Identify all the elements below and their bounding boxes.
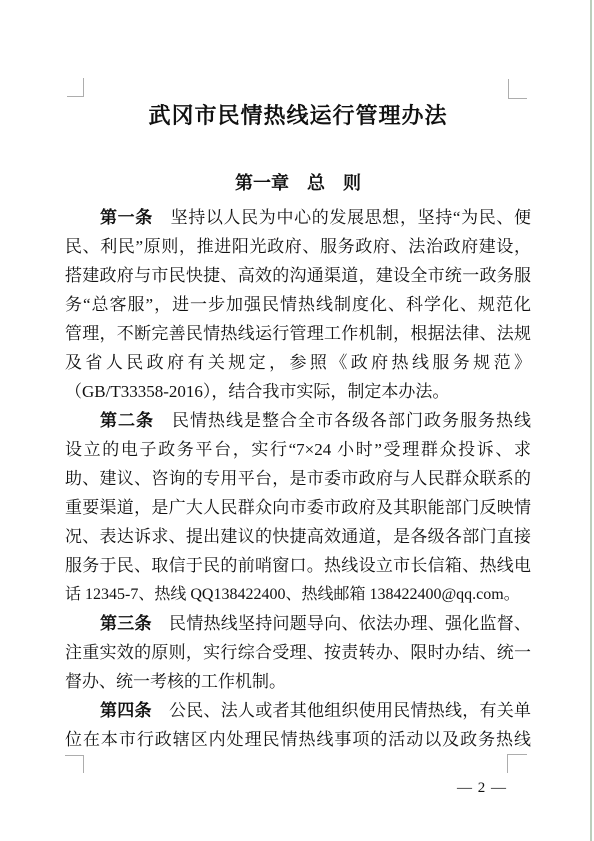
text-line: 第二条 民情热线是整合全市各级各部门政务服务热线 xyxy=(65,406,531,435)
text-line: 第一条 坚持以人民为中心的发展思想，坚持“为民、便 xyxy=(65,203,531,232)
article-number-label: 第二条 xyxy=(100,411,154,430)
text-line: 搭建政府与市民快捷、高效的沟通渠道，建设全市统一政务服 xyxy=(65,261,531,290)
scan-edge-line xyxy=(590,0,592,841)
margin-corner-mark-bottom-right xyxy=(507,754,527,773)
text-line: 及省人民政府有关规定，参照《政府热线服务规范》 xyxy=(65,348,531,377)
text-line: 服务于民、取信于民的前哨窗口。热线设立市长信箱、热线电 xyxy=(65,551,531,580)
text-line: 助、建议、咨询的专用平台，是市委市政府与人民群众联系的 xyxy=(65,464,531,493)
text-line: 民、利民”原则，推进阳光政府、服务政府、法治政府建设， xyxy=(65,232,531,261)
article-number-label: 第三条 xyxy=(100,614,152,633)
page-number: — 2 — xyxy=(65,780,507,797)
article-number-label: 第四条 xyxy=(100,701,152,720)
document-title: 武冈市民情热线运行管理办法 xyxy=(65,99,531,130)
document-body: 第一条 坚持以人民为中心的发展思想，坚持“为民、便民、利民”原则，推进阳光政府、… xyxy=(65,203,531,754)
text-line: 第四条 公民、法人或者其他组织使用民情热线，有关单 xyxy=(65,696,531,725)
document-page: 武冈市民情热线运行管理办法 第一章 总 则 第一条 坚持以人民为中心的发展思想，… xyxy=(0,0,594,841)
text-line: 位在本市行政辖区内处理民情热线事项的活动以及政务热线 xyxy=(65,725,531,754)
text-line: 况、表达诉求、提出建议的快捷高效通道，是各级各部门直接 xyxy=(65,522,531,551)
text-line: 管理，不断完善民情热线运行管理工作机制，根据法律、法规 xyxy=(65,319,531,348)
text-line: （GB/T33358-2016），结合我市实际，制定本办法。 xyxy=(65,377,531,406)
margin-corner-mark-bottom-left xyxy=(65,755,84,773)
margin-corner-mark-top-right xyxy=(508,79,527,99)
text-line: 注重实效的原则，实行综合受理、按责转办、限时办结、统一 xyxy=(65,638,531,667)
text-line: 务“总客服”，进一步加强民情热线制度化、科学化、规范化 xyxy=(65,290,531,319)
text-line: 设立的电子政务平台，实行“7×24 小时”受理群众投诉、求 xyxy=(65,435,531,464)
text-line: 重要渠道，是广大人民群众向市委市政府及其职能部门反映情 xyxy=(65,493,531,522)
text-line: 第三条 民情热线坚持问题导向、依法办理、强化监督、 xyxy=(65,609,531,638)
text-line: 督办、统一考核的工作机制。 xyxy=(65,667,531,696)
margin-corner-mark-top-left xyxy=(67,78,84,97)
chapter-heading: 第一章 总 则 xyxy=(65,169,531,195)
article-number-label: 第一条 xyxy=(100,208,153,227)
text-line: 话 12345-7、热线 QQ138422400、热线邮箱 138422400@… xyxy=(65,580,531,609)
